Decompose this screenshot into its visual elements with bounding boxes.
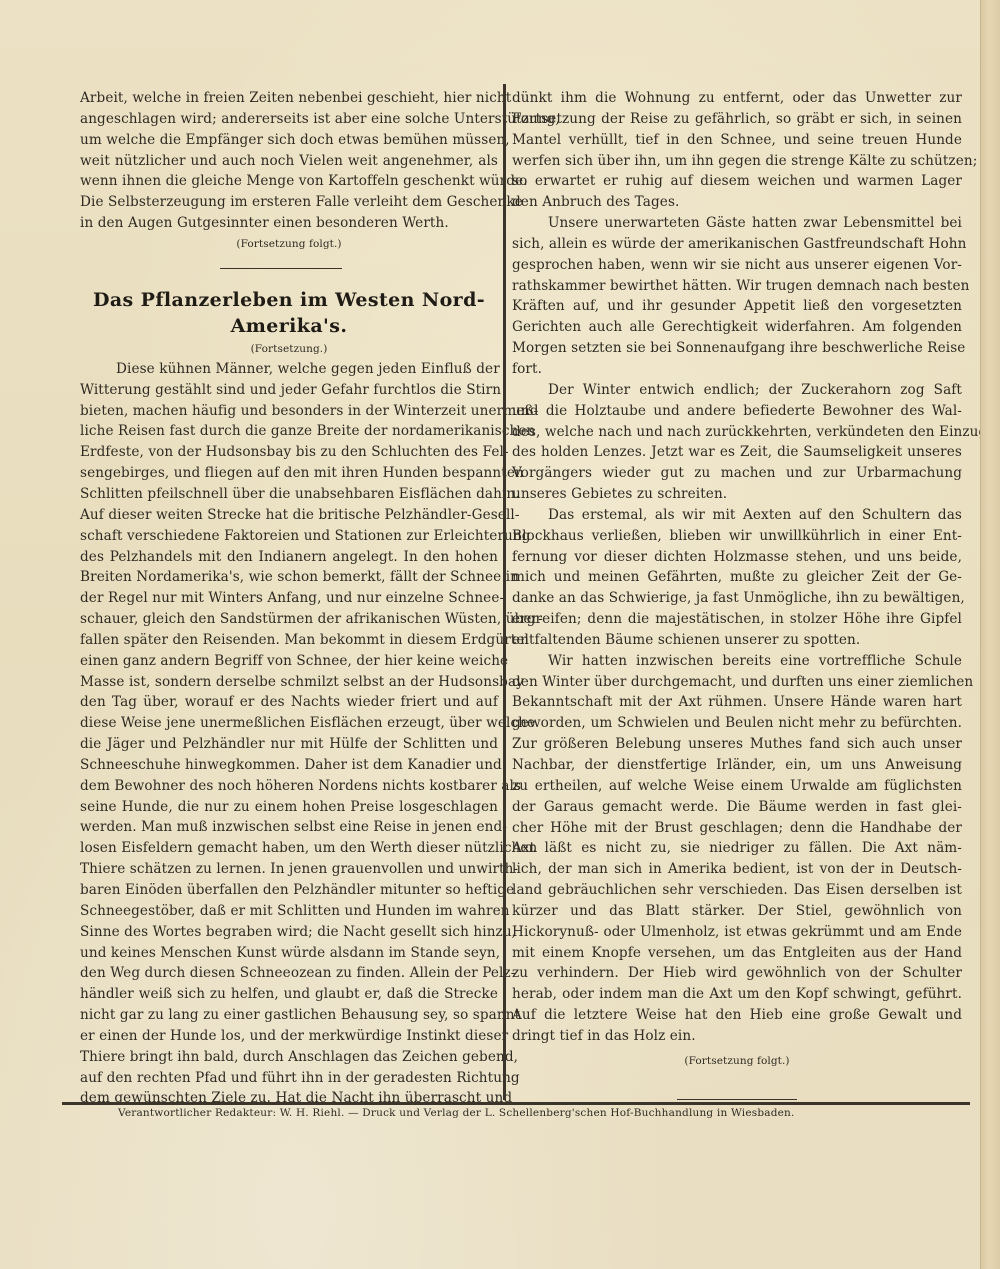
text-line: Breiten Nordamerika's, wie schon bemerkt… xyxy=(80,567,498,588)
text-line: sengebirges, und fliegen auf den mit ihr… xyxy=(80,463,498,484)
text-line: der Garaus gemacht werde. Die Bäume werd… xyxy=(512,797,962,818)
text-line: herab, oder indem man die Axt um den Kop… xyxy=(512,984,962,1005)
paragraph: Das erstemal, als wir mit Aexten auf den… xyxy=(512,505,962,651)
continuation-note: (Fortsetzung folgt.) xyxy=(80,234,498,254)
imprint-line: Verantwortlicher Redakteur: W. H. Riehl.… xyxy=(118,1105,918,1121)
text-line: dem Bewohner des noch höheren Nordens ni… xyxy=(80,776,498,797)
text-line: zu ertheilen, auf welche Weise einem Urw… xyxy=(512,776,962,797)
text-line: Der Winter entwich endlich; der Zuckerah… xyxy=(512,380,962,401)
text-line: Vorgängers wieder gut zu machen und zur … xyxy=(512,463,962,484)
text-line: Schneegestöber, daß er mit Schlitten und… xyxy=(80,901,498,922)
text-line: geworden, um Schwielen und Beulen nicht … xyxy=(512,713,962,734)
text-line: den Anbruch des Tages. xyxy=(512,192,962,213)
text-line: cher Höhe mit der Brust geschlagen; denn… xyxy=(512,818,962,839)
text-line: des, welche nach und nach zurückkehrten,… xyxy=(512,422,962,443)
text-line: Witterung gestählt sind und jeder Gefahr… xyxy=(80,380,498,401)
text-line: Blockhaus verließen, blieben wir unwillk… xyxy=(512,526,962,547)
text-line: in den Augen Gutgesinnter einen besonder… xyxy=(80,213,498,234)
text-line: des holden Lenzes. Jetzt war es Zeit, di… xyxy=(512,442,962,463)
text-line: um welche die Empfänger sich doch etwas … xyxy=(80,130,498,151)
text-line: mit einem Knopfe versehen, um das Entgle… xyxy=(512,943,962,964)
text-line: angeschlagen wird; andererseits ist aber… xyxy=(80,109,498,130)
text-line: danke an das Schwierige, ja fast Unmögli… xyxy=(512,588,962,609)
text-line: so erwartet er ruhig auf diesem weichen … xyxy=(512,171,962,192)
text-line: entfaltenden Bäume schienen unserer zu s… xyxy=(512,630,962,651)
text-line: den Tag über, worauf er des Nachts wiede… xyxy=(80,692,498,713)
text-line: schaft verschiedene Faktoreien und Stati… xyxy=(80,526,498,547)
text-line: die Jäger und Pelzhändler nur mit Hülfe … xyxy=(80,734,498,755)
article-header: Das Pflanzerleben im Westen Nord- Amerik… xyxy=(80,287,498,359)
text-line: der Regel nur mit Winters Anfang, und nu… xyxy=(80,588,498,609)
text-line: ergreifen; denn die majestätischen, in s… xyxy=(512,609,962,630)
text-line: und die Holztaube und andere befiederte … xyxy=(512,401,962,422)
text-line: werden. Man muß inzwischen selbst eine R… xyxy=(80,817,498,838)
text-line: Morgen setzten sie bei Sonnenaufgang ihr… xyxy=(512,338,962,359)
text-line: baren Einöden überfallen den Pelzhändler… xyxy=(80,880,498,901)
article-body: Diese kühnen Männer, welche gegen jeden … xyxy=(80,359,498,1109)
text-line: Masse ist, sondern derselbe schmilzt sel… xyxy=(80,672,498,693)
text-line: Fortsetzung der Reise zu gefährlich, so … xyxy=(512,109,962,130)
text-line: liche Reisen fast durch die ganze Breite… xyxy=(80,421,498,442)
text-line: des Pelzhandels mit den Indianern angele… xyxy=(80,547,498,568)
text-line: dünkt ihm die Wohnung zu entfernt, oder … xyxy=(512,88,962,109)
text-line: weit nützlicher und auch noch Vielen wei… xyxy=(80,151,498,172)
text-line: gesprochen haben, wenn wir sie nicht aus… xyxy=(512,255,962,276)
text-line: rathskammer bewirthet hätten. Wir trugen… xyxy=(512,276,962,297)
text-line: händler weiß sich zu helfen, und glaubt … xyxy=(80,984,498,1005)
right-column: dünkt ihm die Wohnung zu entfernt, oder … xyxy=(512,88,962,1106)
text-line: nicht gar zu lang zu einer gastlichen Be… xyxy=(80,1005,498,1026)
article-title-line2: Amerika's. xyxy=(80,313,498,339)
text-line: Gerichten auch alle Gerechtigkeit widerf… xyxy=(512,317,962,338)
paragraph: Wir hatten inzwischen bereits eine vortr… xyxy=(512,651,962,1047)
adjacent-page-edge xyxy=(980,0,1000,1269)
newspaper-page: Arbeit, welche in freien Zeiten nebenbei… xyxy=(0,0,980,1269)
text-line: Schneeschuhe hinwegkommen. Daher ist dem… xyxy=(80,755,498,776)
section-divider xyxy=(220,268,342,269)
text-line: fort. xyxy=(512,359,962,380)
text-line: einen ganz andern Begriff von Schnee, de… xyxy=(80,651,498,672)
left-column: Arbeit, welche in freien Zeiten nebenbei… xyxy=(80,88,498,1109)
text-line: unseres Gebietes zu schreiten. xyxy=(512,484,962,505)
paragraph: Der Winter entwich endlich; der Zuckerah… xyxy=(512,380,962,505)
text-line: Nachbar, der dienstfertige Irländer, ein… xyxy=(512,755,962,776)
article-subtitle: (Fortsetzung.) xyxy=(80,339,498,359)
text-line: und keines Menschen Kunst würde alsdann … xyxy=(80,943,498,964)
text-line: seine Hunde, die nur zu einem hohen Prei… xyxy=(80,797,498,818)
text-line: fernung vor dieser dichten Holzmasse ste… xyxy=(512,547,962,568)
text-line: Wir hatten inzwischen bereits eine vortr… xyxy=(512,651,962,672)
text-line: Erdfeste, von der Hudsonsbay bis zu den … xyxy=(80,442,498,463)
text-line: bieten, machen häufig und besonders in d… xyxy=(80,401,498,422)
text-line: Sinne des Wortes begraben wird; die Nach… xyxy=(80,922,498,943)
text-line: sich, allein es würde der amerikanischen… xyxy=(512,234,962,255)
text-line: zu verhindern. Der Hieb wird gewöhnlich … xyxy=(512,963,962,984)
text-line: Kräften auf, und ihr gesunder Appetit li… xyxy=(512,296,962,317)
text-line: Diese kühnen Männer, welche gegen jeden … xyxy=(80,359,498,380)
text-line: Arbeit, welche in freien Zeiten nebenbei… xyxy=(80,88,498,109)
text-line: Thiere bringt ihn bald, durch Anschlagen… xyxy=(80,1047,498,1068)
text-line: schauer, gleich den Sandstürmen der afri… xyxy=(80,609,498,630)
section-divider xyxy=(677,1099,797,1100)
text-line: er einen der Hunde los, und der merkwürd… xyxy=(80,1026,498,1047)
text-line: Thiere schätzen zu lernen. In jenen grau… xyxy=(80,859,498,880)
text-line: dringt tief in das Holz ein. xyxy=(512,1026,962,1047)
text-line: Unsere unerwarteten Gäste hatten zwar Le… xyxy=(512,213,962,234)
text-line: Schlitten pfeilschnell über die unabsehb… xyxy=(80,484,498,505)
text-line: Auf die letztere Weise hat den Hieb eine… xyxy=(512,1005,962,1026)
text-line: losen Eisfeldern gemacht haben, um den W… xyxy=(80,838,498,859)
text-line: Axt läßt es nicht zu, sie niedriger zu f… xyxy=(512,838,962,859)
text-line: land gebräuchlichen sehr verschieden. Da… xyxy=(512,880,962,901)
text-line: lich, der man sich in Amerika bedient, i… xyxy=(512,859,962,880)
text-line: den Winter über durchgemacht, und durfte… xyxy=(512,672,962,693)
text-line: auf den rechten Pfad und führt ihn in de… xyxy=(80,1068,498,1089)
text-line: kürzer und das Blatt stärker. Der Stiel,… xyxy=(512,901,962,922)
text-line: Hickorynuß- oder Ulmenholz, ist etwas ge… xyxy=(512,922,962,943)
text-line: Mantel verhüllt, tief in den Schnee, und… xyxy=(512,130,962,151)
text-line: Auf dieser weiten Strecke hat die britis… xyxy=(80,505,498,526)
paragraph: Unsere unerwarteten Gäste hatten zwar Le… xyxy=(512,213,962,380)
text-line: werfen sich über ihn, um ihn gegen die s… xyxy=(512,151,962,172)
text-line: mich und meinen Gefährten, mußte zu glei… xyxy=(512,567,962,588)
previous-article-ending: Arbeit, welche in freien Zeiten nebenbei… xyxy=(80,88,498,269)
text-line: wenn ihnen die gleiche Menge von Kartoff… xyxy=(80,171,498,192)
text-line: Zur größeren Belebung unseres Muthes fan… xyxy=(512,734,962,755)
text-line: diese Weise jene unermeßlichen Eisfläche… xyxy=(80,713,498,734)
text-line: Die Selbsterzeugung im ersteren Falle ve… xyxy=(80,192,498,213)
text-line: fallen später den Reisenden. Man bekommt… xyxy=(80,630,498,651)
continuation-note: (Fortsetzung folgt.) xyxy=(512,1051,962,1071)
text-line: Bekanntschaft mit der Axt rühmen. Unsere… xyxy=(512,692,962,713)
text-line: Das erstemal, als wir mit Aexten auf den… xyxy=(512,505,962,526)
article-title-line1: Das Pflanzerleben im Westen Nord- xyxy=(80,287,498,313)
text-line: den Weg durch diesen Schneeozean zu find… xyxy=(80,963,498,984)
column-divider xyxy=(503,84,506,1100)
paragraph: dünkt ihm die Wohnung zu entfernt, oder … xyxy=(512,88,962,213)
